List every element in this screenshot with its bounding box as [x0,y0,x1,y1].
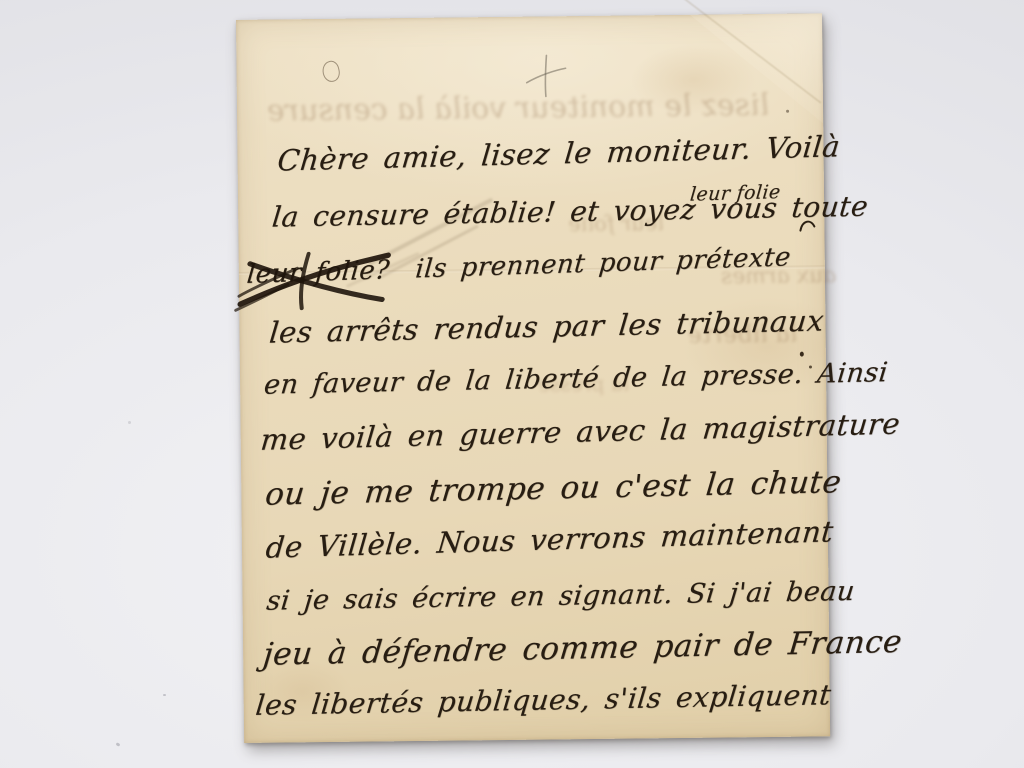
letter-page: lisez le moniteur voilà la censure leur … [236,13,830,743]
pencil-oval-mark [320,59,341,83]
manuscript-line: leur folie? ils prennent pour prétexte [246,242,793,290]
showthrough-mark: lisez le moniteur voilà la censure [265,88,771,129]
manuscript-line: ou je me trompe ou c'est la chute [264,464,844,513]
pencil-cross-mark [522,52,569,101]
ink-speck [786,110,789,113]
manuscript-line: me voilà en guerre avec la magistrature [259,407,902,457]
struck-through-words: leur folie? [246,255,392,290]
manuscript-line: jeu à défendre comme pair de France [261,624,903,673]
manuscript-line: Chère amie, lisez le moniteur. Voilà [276,129,842,177]
manuscript-line: en faveur de la liberté de la presse. Ai… [263,357,890,401]
background-speck [128,421,131,424]
background-speck [163,694,166,696]
manuscript-line: si je sais écrire en signant. Si j'ai be… [265,576,857,617]
manuscript-line: la censure établie! et voyez vous toute [271,190,870,234]
manuscript-line: de Villèle. Nous verrons maintenant [264,514,835,564]
ink-speck [800,352,804,357]
ink-speck [809,365,812,368]
struck-text: leur folie? [246,255,392,290]
manuscript-line: les libertés publiques, s'ils expliquent [254,678,833,722]
background-speck [116,742,121,747]
photograph-background: lisez le moniteur voilà la censure leur … [0,0,1024,768]
